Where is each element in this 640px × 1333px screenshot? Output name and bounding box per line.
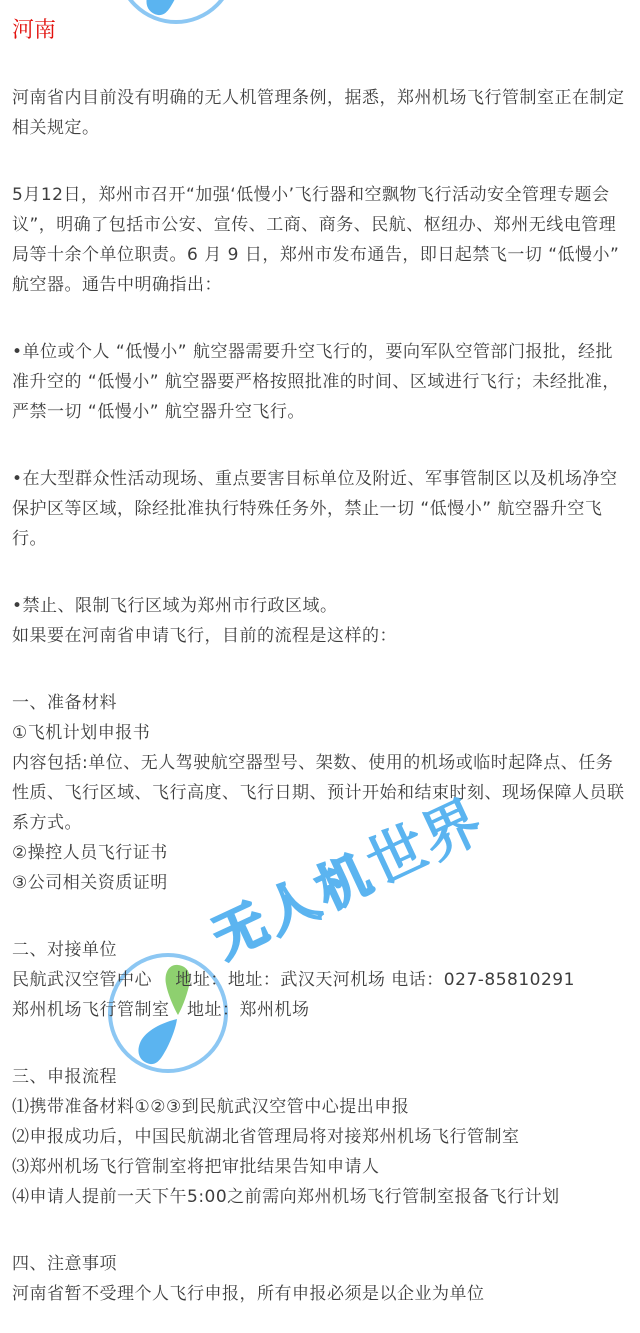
section-1-heading: 一、准备材料 [12, 688, 628, 718]
section-3-heading: 三、申报流程 [12, 1062, 628, 1092]
intro-paragraph: 河南省内目前没有明确的无人机管理条例，据悉，郑州机场飞行管制室正在制定相关规定。 [12, 83, 628, 143]
bullet-rule-1: •单位或个人 “低慢小” 航空器需要升空飞行的，要向军队空管部门报批，经批准升空… [12, 337, 628, 427]
material-item-1: ①飞机计划申报书 [12, 718, 628, 748]
material-item-1-detail: 内容包括:单位、无人驾驶航空器型号、架数、使用的机场或临时起降点、任务性质、飞行… [12, 748, 628, 838]
notice-paragraph: 5月12日，郑州市召开“加强‘低慢小’飞行器和空飘物飞行活动安全管理专题会议”，… [12, 180, 628, 300]
process-step-4: ⑷申请人提前一天下午5:00之前需向郑州机场飞行管制室报备飞行计划 [12, 1182, 628, 1212]
section-4-heading: 四、注意事项 [12, 1249, 628, 1279]
contact-line-1: 民航武汉空管中心 地址：地址：武汉天河机场 电话：027-85810291 [12, 965, 628, 995]
bullet-rule-2: •在大型群众性活动现场、重点要害目标单位及附近、军事管制区以及机场净空保护区等区… [12, 464, 628, 554]
process-intro-line: 如果要在河南省申请飞行，目前的流程是这样的： [12, 621, 628, 651]
material-item-3: ③公司相关资质证明 [12, 868, 628, 898]
process-step-2: ⑵申报成功后，中国民航湖北省管理局将对接郑州机场飞行管制室 [12, 1122, 628, 1152]
process-step-1: ⑴携带准备材料①②③到民航武汉空管中心提出申报 [12, 1092, 628, 1122]
section-2-heading: 二、对接单位 [12, 935, 628, 965]
notes-line: 河南省暂不受理个人飞行申报，所有申报必须是以企业为单位 [12, 1279, 628, 1309]
contact-line-2: 郑州机场飞行管制室 地址：郑州机场 [12, 995, 628, 1025]
page-title: 河南 [12, 16, 628, 46]
bullet-rule-3: •禁止、限制飞行区域为郑州市行政区域。 [12, 591, 628, 621]
material-item-2: ②操控人员飞行证书 [12, 838, 628, 868]
article-content: 河南 河南省内目前没有明确的无人机管理条例，据悉，郑州机场飞行管制室正在制定相关… [0, 16, 640, 1309]
process-step-3: ⑶郑州机场飞行管制室将把审批结果告知申请人 [12, 1152, 628, 1182]
